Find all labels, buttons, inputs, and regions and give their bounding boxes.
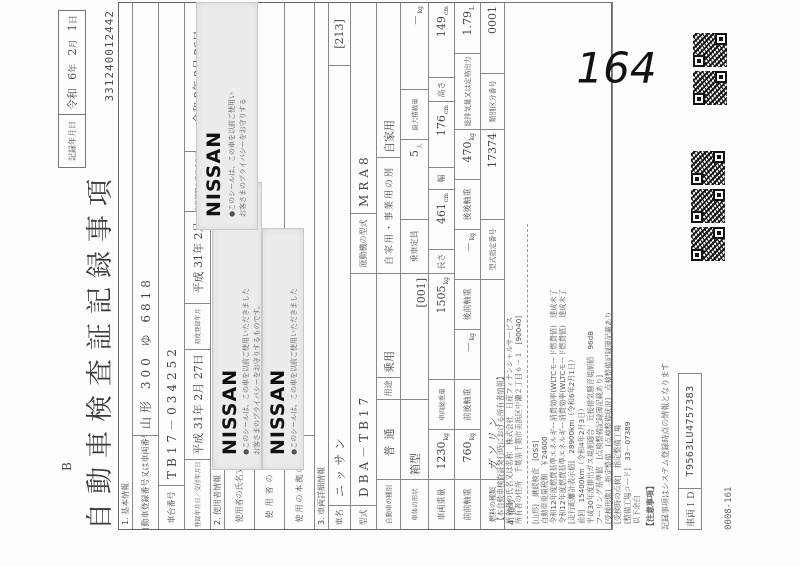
capacity-label: 乗車定員 xyxy=(401,219,428,273)
nissan-logo: NISSAN xyxy=(203,131,225,217)
length-label: 長さ xyxy=(429,249,454,273)
registration-label: 自動車登録番号又は車両番号 xyxy=(133,435,158,529)
length-cell: 461cm xyxy=(429,189,454,249)
front-axle-label: 前前軸重 xyxy=(455,479,480,529)
handwritten-note: 164 xyxy=(576,43,656,92)
notice-heading: 【注意事項】 xyxy=(645,363,656,530)
rear-rear-axle-cell: 470kg xyxy=(455,129,480,179)
page-title: 自動車検査証記録事項 xyxy=(78,170,117,530)
maker-value: ニッサン xyxy=(329,65,350,505)
qr-code xyxy=(690,226,726,262)
body-value: 箱型 xyxy=(401,399,428,479)
chassis-value: TB17－034252 xyxy=(159,3,184,485)
vehicle-type-label: 自動車の種別 xyxy=(377,479,400,529)
first-reg-label: 初度登録年月 xyxy=(185,303,210,349)
capacity-cell: 5人 xyxy=(401,139,428,219)
purpose-value: 自家用 xyxy=(377,3,400,157)
section1-heading-row: 1. 基本情報 xyxy=(119,3,133,529)
handwritten-note-wrap: 164 xyxy=(586,28,646,108)
sticker-note: ●このシールは、この車を以前ご使用いただきましたお客さまのプライバシーをお守りす… xyxy=(241,288,263,455)
section1-heading: 1. 基本情報 xyxy=(119,3,132,529)
inspection-certificate-page: B 自動車検査証記録事項 記録年月日 令和 6年 2月 1日 331240012… xyxy=(0,0,800,566)
record-date-box: 記録年月日 令和 6年 2月 1日 xyxy=(58,10,86,168)
chassis-label: 車台番号 xyxy=(159,485,184,529)
max-load-cell: －kg xyxy=(401,3,428,89)
vehicle-type-row: 自動車の種別 普通 用途 乗用 自家用・事業用の別 自家用 xyxy=(377,3,401,529)
series-mark: B xyxy=(60,462,74,471)
use-value: 乗用 xyxy=(377,273,400,377)
gross-weight-label: 車両総重量 xyxy=(429,379,454,429)
weight-label: 車両重量 xyxy=(429,479,454,529)
maker-code: [213] xyxy=(329,3,350,65)
notice-text: 記録事項はシステム登録時点の情報となります xyxy=(660,363,671,530)
rear-front-axle-cell: －kg xyxy=(455,229,480,279)
vehicle-id-value: T9563LU4757383 xyxy=(679,374,701,488)
maker-label: 車名 xyxy=(329,505,350,529)
section3-heading: 3. 車両詳細情報 xyxy=(315,3,328,529)
record-date-label: 記録年月日 xyxy=(59,114,85,167)
front-rear-axle-cell: －kg xyxy=(455,329,480,379)
use-label: 用途 xyxy=(377,377,400,399)
section3-heading-row: 3. 車両詳細情報 xyxy=(315,3,329,529)
registration-value: 山形 300 ゆ 6818 xyxy=(133,3,158,435)
sticker-note: ●このシールは、この車を以前ご使用いお客さまのプライバシーをお守りする xyxy=(227,92,249,217)
record-date-value: 令和 6年 2月 1日 xyxy=(59,11,85,114)
displacement-label: 総排気量又は定格出力 xyxy=(455,53,480,129)
registration-row: 自動車登録番号又は車両番号 山形 300 ゆ 6818 xyxy=(133,3,159,529)
weight-cell: 1230kg xyxy=(429,429,454,479)
front-axle-cell: 760kg xyxy=(455,429,480,479)
qr-code xyxy=(690,188,726,224)
qr-code xyxy=(692,32,728,68)
qr-code xyxy=(690,150,726,186)
notice-block: 【注意事項】 記録事項はシステム登録時点の情報となります xyxy=(645,363,671,530)
weight-row: 車両重量 1230kg 車両総重量 1505kg 長さ 461cm 幅 176c… xyxy=(429,3,455,529)
model-label: 型式 xyxy=(351,505,376,529)
axle-row: 前前軸重 760kg 前後軸重 －kg 後前軸重 －kg 後後軸重 470kg … xyxy=(455,3,481,529)
body-label: 車体の形状 xyxy=(401,479,428,529)
vehicle-id-box: 車両ＩＤ T9563LU4757383 xyxy=(678,373,702,530)
vehicle-type-value: 普通 xyxy=(377,399,400,479)
maker-row: 車名 ニッサン [213] xyxy=(329,3,351,529)
reg-date-label: 登録年月日／交付年月日 xyxy=(185,459,210,529)
sticker-note: ●このシールは、この車を以前ご使用いただきました xyxy=(289,288,300,455)
rear-front-axle-label: 後前軸重 xyxy=(455,279,480,329)
document-number: 331240012442 xyxy=(103,10,116,170)
model-value: DBA－TB17 xyxy=(351,273,376,505)
body-row: 車体の形状 箱型 [001] 乗車定員 5人 最大積載量 －kg xyxy=(401,3,429,529)
privacy-sticker: NISSAN ●このシールは、この車を以前ご使用いお客さまのプライバシーをお守り… xyxy=(196,2,258,230)
front-rear-axle-label: 前後軸重 xyxy=(455,379,480,429)
reg-date-value: 平成 31年 2月 27日 xyxy=(185,349,210,459)
chassis-row: 車台番号 TB17－034252 xyxy=(159,3,185,529)
engine-label: 原動機の型式 xyxy=(351,213,376,273)
model-row: 型式 DBA－TB17 原動機の型式 MRA8 xyxy=(351,3,377,529)
height-cell: 149cm xyxy=(429,3,454,77)
displacement-cell: 1.79L xyxy=(455,3,480,53)
engine-value: MRA8 xyxy=(351,3,376,213)
form-code: 0008-161 xyxy=(724,487,734,530)
vehicle-id-label: 車両ＩＤ xyxy=(679,488,701,529)
nissan-logo: NISSAN xyxy=(267,369,289,455)
privacy-sticker: NISSAN ●このシールは、この車を以前ご使用いただきました xyxy=(262,228,304,470)
max-load-label: 最大積載量 xyxy=(401,89,428,139)
gross-weight-cell: 1505kg xyxy=(429,273,454,379)
width-label: 幅 xyxy=(429,167,454,189)
rear-rear-axle-label: 後後軸重 xyxy=(455,179,480,229)
height-label: 高さ xyxy=(429,77,454,101)
qr-code xyxy=(692,70,728,106)
purpose-label: 自家用・事業用の別 xyxy=(377,157,400,273)
body-code: [001] xyxy=(401,273,428,399)
width-cell: 176cm xyxy=(429,101,454,167)
